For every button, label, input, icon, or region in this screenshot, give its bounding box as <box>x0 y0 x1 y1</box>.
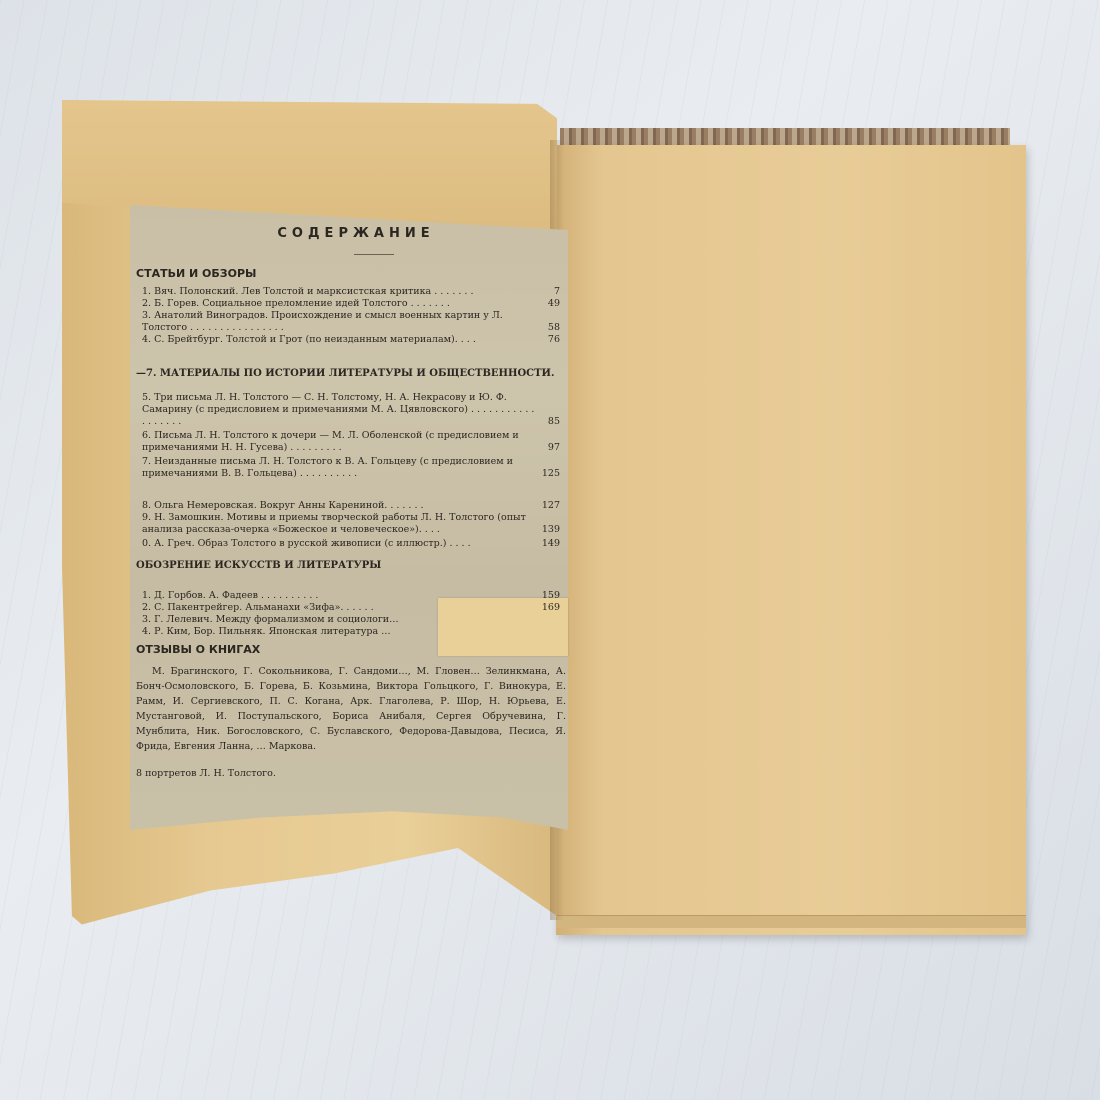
section-heading: ОБОЗРЕНИЕ ИСКУССТВ И ЛИТЕРАТУРЫ <box>136 560 381 572</box>
toc-entry: 8. Ольга Немеровская. Вокруг Анны Карени… <box>142 500 562 512</box>
section-heading: ОТЗЫВЫ О КНИГАХ <box>136 644 260 656</box>
toc-entry: 4. С. Брейтбург. Толстой и Грот (по неиз… <box>142 334 562 346</box>
section-heading: —7. МАТЕРИАЛЫ ПО ИСТОРИИ ЛИТЕРАТУРЫ И ОБ… <box>136 368 555 380</box>
toc-entry: 6. Письма Л. Н. Толстого к дочери — М. Л… <box>142 430 562 454</box>
toc-entry: 4. Р. Ким, Бор. Пильняк. Японская литера… <box>142 626 562 638</box>
toc-entry: 1. Д. Горбов. А. Фадеев . . . . . . . . … <box>142 590 562 602</box>
spine-top-edge <box>560 128 1010 146</box>
reviews-paragraph: М. Брагинского, Г. Сокольникова, Г. Санд… <box>136 664 566 754</box>
toc-title: СОДЕРЖАНИЕ <box>266 228 446 240</box>
portraits-note: 8 портретов Л. Н. Толстого. <box>136 768 276 780</box>
toc-entry: 2. С. Пакентрейгер. Альманахи «Зифа». . … <box>142 602 562 614</box>
toc-entry: 2. Б. Горев. Социальное преломление идей… <box>142 298 562 310</box>
right-page-blank <box>556 145 1026 935</box>
toc-entry: 7. Неизданные письма Л. Н. Толстого к В.… <box>142 456 562 480</box>
toc-entry: 1. Вяч. Полонский. Лев Толстой и марксис… <box>142 286 562 298</box>
title-rule <box>354 254 394 255</box>
right-page-bottom-edge <box>556 915 1026 928</box>
toc-entry: 9. Н. Замошкин. Мотивы и приемы творческ… <box>142 512 562 536</box>
toc-entry: 3. Г. Лелевич. Между формализмом и социо… <box>142 614 562 626</box>
open-book: СОДЕРЖАНИЕ СТАТЬИ И ОБЗОРЫ 1. Вяч. Полон… <box>0 0 1100 1100</box>
toc-entry: 0. А. Греч. Образ Толстого в русской жив… <box>142 538 562 550</box>
toc-entry: 3. Анатолий Виноградов. Происхождение и … <box>142 310 562 334</box>
toc-entry: 5. Три письма Л. Н. Толстого — С. Н. Тол… <box>142 392 562 428</box>
section-heading: СТАТЬИ И ОБЗОРЫ <box>136 268 256 280</box>
